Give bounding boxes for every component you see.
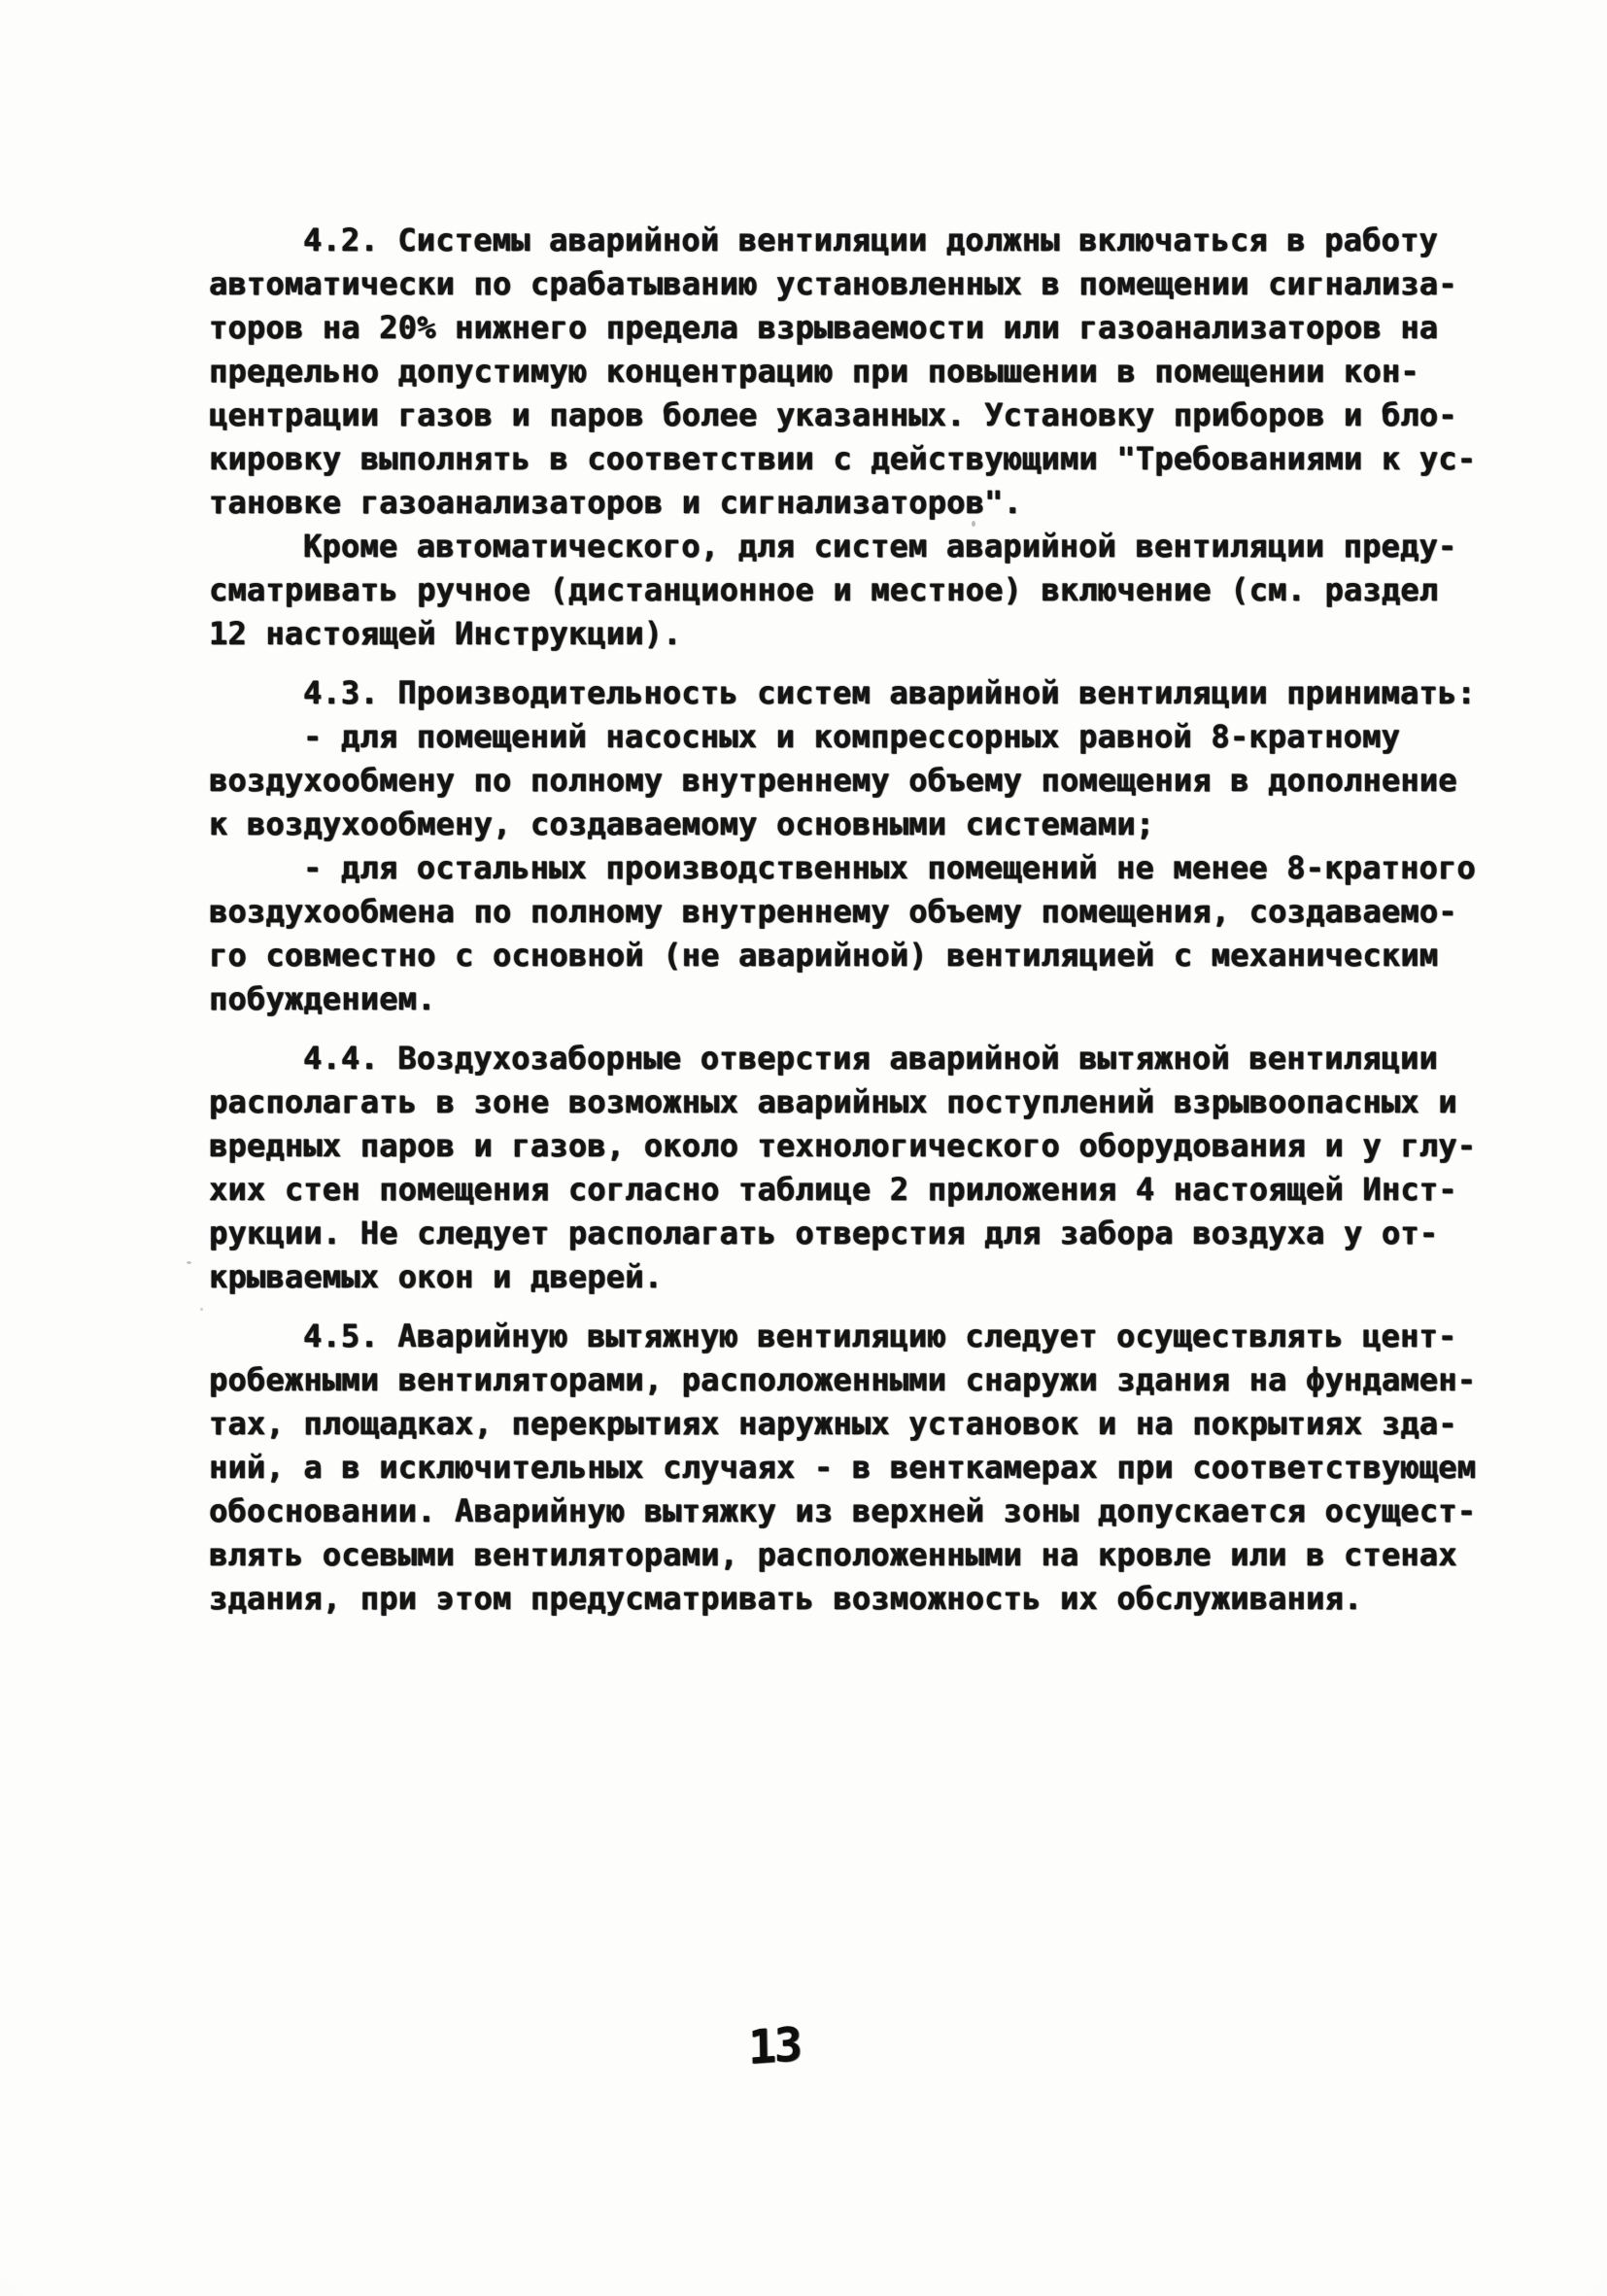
text-line: тановке газоанализаторов и сигнализаторо… xyxy=(209,481,1501,525)
text-line: кировку выполнять в соответствии с дейст… xyxy=(209,437,1501,481)
text-line: автоматически по срабатыванию установлен… xyxy=(209,262,1501,306)
text-line: к воздухообмену, создаваемому основными … xyxy=(209,803,1501,846)
text-line: сматривать ручное (дистанционное и местн… xyxy=(209,568,1501,612)
text-line: здания, при этом предусматривать возможн… xyxy=(209,1577,1501,1621)
text-line: воздухообмена по полному внутреннему объ… xyxy=(209,890,1501,934)
scan-speck xyxy=(200,1308,203,1311)
paragraph-4-5: 4.5. Аварийную вытяжную вентиляцию следу… xyxy=(209,1315,1501,1621)
text-line: хих стен помещения согласно таблице 2 пр… xyxy=(209,1168,1501,1212)
text-line: обосновании. Аварийную вытяжку из верхне… xyxy=(209,1490,1501,1533)
text-line: го совместно с основной (не аварийной) в… xyxy=(209,934,1501,977)
text-line: 4.3. Производительность систем аварийной… xyxy=(209,671,1501,715)
paragraph-4-3: 4.3. Производительность систем аварийной… xyxy=(209,671,1501,715)
text-line: торов на 20% нижнего предела взрываемост… xyxy=(209,306,1501,350)
text-line: центрации газов и паров более указанных.… xyxy=(209,394,1501,437)
scan-speck xyxy=(972,521,975,527)
paragraph-4-2: 4.2. Системы аварийной вентиляции должны… xyxy=(209,219,1501,525)
scan-speck xyxy=(187,1261,191,1264)
text-line: 12 настоящей Инструкции). xyxy=(209,612,1501,656)
text-line: ний, а в исключительных случаях - в вент… xyxy=(209,1446,1501,1490)
text-line: побуждением. xyxy=(209,977,1501,1021)
text-line: 4.4. Воздухозаборные отверстия аварийной… xyxy=(209,1037,1501,1080)
text-line: - для помещений насосных и компрессорных… xyxy=(209,715,1501,759)
text-line: 4.5. Аварийную вытяжную вентиляцию следу… xyxy=(209,1315,1501,1358)
document-body: 4.2. Системы аварийной вентиляции должны… xyxy=(209,219,1501,1621)
text-line: крываемых окон и дверей. xyxy=(209,1255,1501,1299)
text-line: Кроме автоматического, для систем аварий… xyxy=(209,525,1501,568)
text-line: тах, площадках, перекрытиях наружных уст… xyxy=(209,1402,1501,1446)
paragraph-4-2-manual-start: Кроме автоматического, для систем аварий… xyxy=(209,525,1501,656)
text-line: воздухообмену по полному внутреннему объ… xyxy=(209,759,1501,803)
page-number: 13 xyxy=(748,2017,802,2075)
text-line: 4.2. Системы аварийной вентиляции должны… xyxy=(209,219,1501,262)
text-line: влять осевыми вентиляторами, расположенн… xyxy=(209,1533,1501,1577)
text-line: предельно допустимую концентрацию при по… xyxy=(209,350,1501,394)
text-line: - для остальных производственных помещен… xyxy=(209,846,1501,890)
text-line: вредных паров и газов, около технологиче… xyxy=(209,1124,1501,1168)
text-line: рукции. Не следует располагать отверстия… xyxy=(209,1212,1501,1255)
text-line: располагать в зоне возможных аварийных п… xyxy=(209,1080,1501,1124)
paragraph-4-4: 4.4. Воздухозаборные отверстия аварийной… xyxy=(209,1037,1501,1299)
list-item-pump-rooms: - для помещений насосных и компрессорных… xyxy=(209,715,1501,846)
text-line: робежными вентиляторами, расположенными … xyxy=(209,1358,1501,1402)
list-item-other-rooms: - для остальных производственных помещен… xyxy=(209,846,1501,1021)
